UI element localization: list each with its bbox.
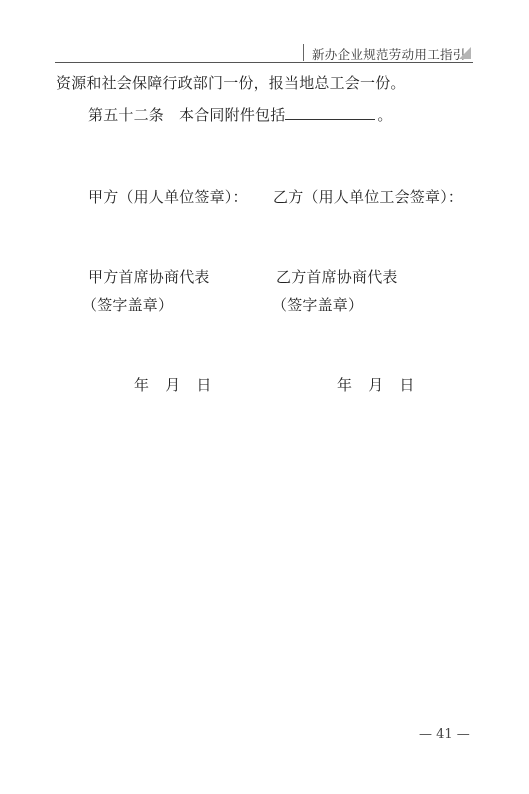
header-rule xyxy=(55,62,473,63)
page-number: — 41 — xyxy=(419,727,470,742)
paragraph-continuation: 资源和社会保障行政部门一份，报当地总工会一份。 xyxy=(56,72,406,93)
date-year: 年 xyxy=(337,376,352,394)
article-text: 本合同附件包括 xyxy=(179,106,285,124)
article-52: 第五十二条本合同附件包括。 xyxy=(88,104,393,125)
date-day: 日 xyxy=(399,376,414,394)
article-end-punct: 。 xyxy=(377,106,392,124)
date-month: 月 xyxy=(165,376,180,394)
party-b-seal-label: 乙方（用人单位工会签章）： xyxy=(273,186,463,207)
date-day: 日 xyxy=(196,376,211,394)
article-number: 第五十二条 xyxy=(88,106,164,124)
party-b-rep-label: 乙方首席协商代表 xyxy=(276,266,398,287)
attachment-blank-field[interactable] xyxy=(285,105,375,120)
date-year: 年 xyxy=(134,376,149,394)
running-header: 新办企业规范劳动用工指引 xyxy=(55,44,473,63)
party-a-date: 年月日 xyxy=(134,374,212,395)
triangle-corner-icon xyxy=(459,47,471,59)
party-a-sign-note: （签字盖章） xyxy=(82,294,173,315)
header-title: 新办企业规范劳动用工指引 xyxy=(312,45,466,63)
party-b-date: 年月日 xyxy=(337,374,415,395)
date-month: 月 xyxy=(368,376,383,394)
party-a-rep-label: 甲方首席协商代表 xyxy=(88,266,210,287)
party-b-sign-note: （签字盖章） xyxy=(272,294,363,315)
party-a-seal-label: 甲方（用人单位签章）： xyxy=(88,186,248,207)
header-divider xyxy=(303,44,304,61)
